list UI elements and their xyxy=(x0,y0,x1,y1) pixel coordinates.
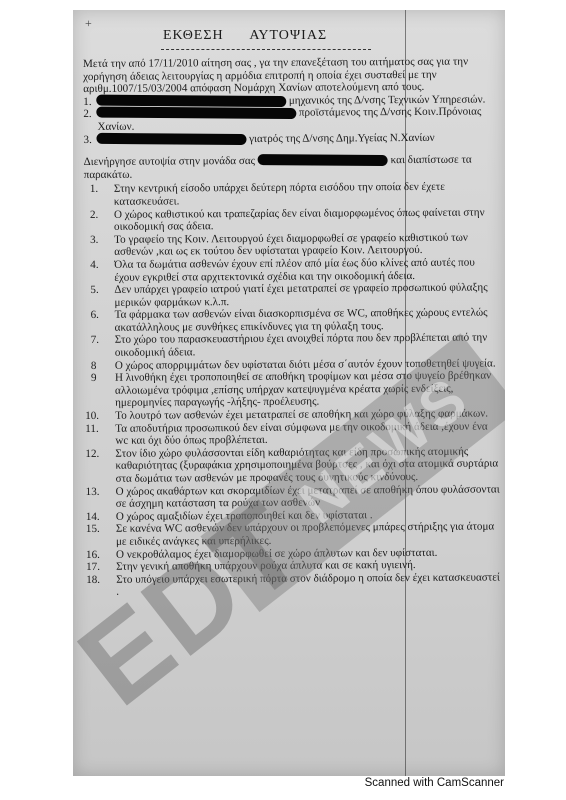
finding-text: Τα αποδυτήρια προσωπικού δεν είναι σύμφω… xyxy=(115,420,487,447)
finding-number: 6. xyxy=(91,309,99,322)
scanner-footer: Scanned with CamScanner xyxy=(365,777,504,789)
finding-text: Δεν υπάρχει γραφείο ιατρού γιατί έχει με… xyxy=(114,282,487,309)
finding-number: 13. xyxy=(86,486,100,499)
finding-item: 4.Όλα τα δωμάτια ασθενών έχουν επί πλέον… xyxy=(84,256,502,284)
finding-number: 2. xyxy=(90,208,98,221)
finding-number: 8 xyxy=(91,360,97,373)
finding-number: 9 xyxy=(91,372,97,385)
intro-paragraph: Μετά την από 17/11/2010 αίτηση σας , γα … xyxy=(83,55,501,95)
document-body: Μετά την από 17/11/2010 αίτηση σας , γα … xyxy=(83,55,504,598)
finding-number: 18. xyxy=(86,574,100,587)
finding-item: 5.Δεν υπάρχει γραφείο ιατρού γιατί έχει … xyxy=(84,282,502,310)
committee-list: 1. μηχανικός της Δ/νσης Τεχνικών Υπηρεσι… xyxy=(83,93,501,146)
finding-text: Σε κανένα WC ασθενών δεν υπάρχουν οι προ… xyxy=(116,521,494,548)
finding-item: 15.Σε κανένα WC ασθενών δεν υπάρχουν οι … xyxy=(86,521,504,549)
finding-item: 9Η λινοθήκη έχει τροποποιηθεί σε αποθήκη… xyxy=(85,370,503,410)
scanned-document-page: + ΕΚΘΕΣΗ ΑΥΤΟΨΙΑΣ Μετά την από 17/11/201… xyxy=(73,10,505,776)
finding-number: 10. xyxy=(85,410,99,423)
finding-text: Τα φάρμακα των ασθενών είναι διασκορπισμ… xyxy=(115,307,488,334)
finding-item: 2.Ο χώρος καθιστικού και τραπεζαρίας δεν… xyxy=(84,206,502,234)
finding-text: Ο χώρος καθιστικού και τραπεζαρίας δεν ε… xyxy=(114,206,485,233)
finding-text: Στην κεντρική είσοδο υπάρχει δεύτερη πόρ… xyxy=(114,181,445,208)
finding-number: 12. xyxy=(85,448,99,461)
finding-text: Το γραφείο της Κοιν. Λειτουργού έχει δια… xyxy=(114,231,468,258)
finding-text: Στο χώρο του παρασκευαστήριου έχει ανοιχ… xyxy=(115,332,488,359)
finding-text: Η λινοθήκη έχει τροποποιηθεί σε αποθήκη … xyxy=(115,370,491,409)
finding-text: Στο υπόγειο υπάρχει εσωτερική πόρτα στον… xyxy=(116,571,500,598)
finding-text: Ο νεκροθάλαμος έχει διαμορφωθεί σε χώρο … xyxy=(116,546,437,560)
finding-item: 6.Τα φάρμακα των ασθενών είναι διασκορπι… xyxy=(85,307,503,335)
finding-number: 4. xyxy=(90,259,98,272)
finding-number: 17. xyxy=(86,561,100,574)
title-underline xyxy=(161,49,371,50)
finding-text: Στον ίδιο χώρο φυλάσσονται είδη καθαριότ… xyxy=(115,445,498,484)
redacted-name xyxy=(96,132,246,144)
committee-member: 2. προϊστάμενος της Δ/νσης Κοιν.Πρόνοιας… xyxy=(83,106,501,134)
finding-number: 3. xyxy=(90,234,98,247)
committee-member: 3. γιατρός της Δ/νσης Δημ.Υγείας Ν.Χανίω… xyxy=(83,131,501,146)
finding-number: 14. xyxy=(86,511,100,524)
finding-number: 11. xyxy=(85,423,99,436)
finding-number: 5. xyxy=(90,284,98,297)
finding-number: 15. xyxy=(86,523,100,536)
finding-item: 7.Στο χώρο του παρασκευαστήριου έχει ανο… xyxy=(85,332,503,360)
finding-item: 12.Στον ίδιο χώρο φυλάσσονται είδη καθαρ… xyxy=(85,445,503,485)
finding-number: 7. xyxy=(91,334,99,347)
redacted-unit-name xyxy=(258,154,388,166)
redacted-name xyxy=(96,94,286,106)
inspection-lead: Διενήργησε αυτοψία στην μονάδα σας και δ… xyxy=(84,154,502,182)
finding-text: Στην γενική αποθήκη υπάρχουν ρούχα άπλυτ… xyxy=(116,559,416,573)
findings-list: 1.Στην κεντρική είσοδο υπάρχει δεύτερη π… xyxy=(84,181,505,599)
finding-number: 1. xyxy=(90,183,98,196)
document-title: ΕΚΘΕΣΗ ΑΥΤΟΨΙΑΣ xyxy=(163,28,363,44)
finding-item: 3.Το γραφείο της Κοιν. Λειτουργού έχει δ… xyxy=(84,231,502,259)
finding-item: 18.Στο υπόγειο υπάρχει εσωτερική πόρτα σ… xyxy=(86,571,504,599)
finding-text: Ο χώρος ακαθάρτων και σκοραμιδίων έχει μ… xyxy=(116,483,500,510)
finding-item: 11.Τα αποδυτήρια προσωπικού δεν είναι σύ… xyxy=(85,420,503,448)
finding-text: Όλα τα δωμάτια ασθενών έχουν επί πλέον α… xyxy=(114,257,475,284)
finding-text: Ο χώρος αμαξιδίων έχει τροποποιηθεί και … xyxy=(116,509,373,523)
redacted-name xyxy=(96,107,296,120)
registration-mark: + xyxy=(85,16,92,31)
finding-number: 16. xyxy=(86,548,100,561)
finding-item: 13.Ο χώρος ακαθάρτων και σκοραμιδίων έχε… xyxy=(86,483,504,511)
finding-item: 1.Στην κεντρική είσοδο υπάρχει δεύτερη π… xyxy=(84,181,502,209)
